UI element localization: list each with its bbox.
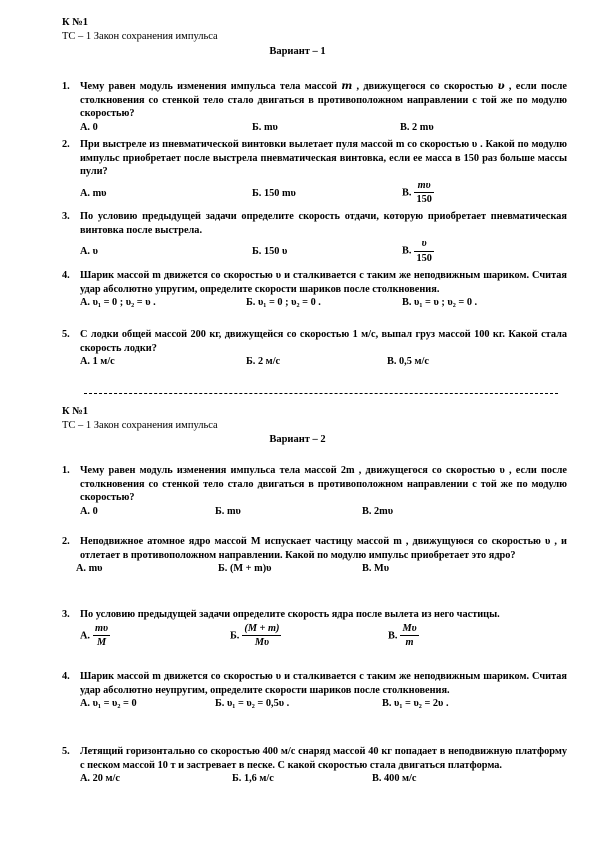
v2-question-3: 3. По условию предыдущей задачи определи… [62, 608, 567, 652]
option-a[interactable]: А. υ₁ = 0 ; υ₂ = υ . [80, 296, 156, 310]
worksheet-page: К №1 ТС – 1 Закон сохранения импульса Ва… [0, 0, 595, 842]
question-number: 4. [62, 670, 70, 684]
question-text: Летящий горизонтально со скоростью 400 м… [80, 745, 567, 772]
option-c[interactable]: В. υ₁ = υ ; υ₂ = 0 . [402, 296, 477, 310]
test-code: К №1 [62, 16, 88, 29]
question-text: Чему равен модуль изменения импульса тел… [80, 80, 567, 121]
question-text: Чему равен модуль изменения импульса тел… [80, 464, 567, 505]
question-number: 3. [62, 210, 70, 224]
v2-question-4: 4. Шарик массой m движется со скоростью … [62, 670, 567, 713]
variant-2-title: Вариант – 2 [0, 434, 595, 445]
option-a[interactable]: А. υ [80, 245, 98, 259]
v1-question-2: 2. При выстреле из пневматической винтов… [62, 138, 567, 209]
option-a[interactable]: А.mυM [80, 622, 110, 650]
question-number: 5. [62, 328, 70, 342]
option-a[interactable]: А. 0 [80, 505, 98, 519]
v1-question-3: 3. По условию предыдущей задачи определи… [62, 210, 567, 267]
answer-options: А. 20 м/с Б. 1,6 м/с В. 400 м/с [80, 772, 567, 788]
question-number: 3. [62, 608, 70, 622]
question-text: Шарик массой m движется со скоростью υ и… [80, 269, 567, 296]
question-text: По условию предыдущей задачи определите … [80, 608, 567, 622]
question-text: При выстреле из пневматической винтовки … [80, 138, 567, 179]
test-code: К №1 [62, 405, 88, 418]
answer-options: А. mυ Б. (M + m)υ В. Mυ [80, 562, 567, 578]
v1-question-4: 4. Шарик массой m движется со скоростью … [62, 269, 567, 312]
v2-question-5: 5. Летящий горизонтально со скоростью 40… [62, 745, 567, 788]
option-b[interactable]: Б. (M + m)υ [218, 562, 271, 576]
question-number: 1. [62, 464, 70, 478]
option-b[interactable]: Б. υ₁ = 0 ; υ₂ = 0 . [246, 296, 321, 310]
answer-options: А. 1 м/с Б. 2 м/с В. 0,5 м/с [80, 355, 567, 371]
fraction: Mυm [400, 622, 418, 650]
option-c[interactable]: В. Mυ [362, 562, 389, 576]
option-b[interactable]: Б.(M + m)Mυ [230, 622, 281, 650]
answer-options: А. υ₁ = 0 ; υ₂ = υ . Б. υ₁ = 0 ; υ₂ = 0 … [80, 296, 567, 312]
option-b[interactable]: Б. 150 mυ [252, 187, 296, 201]
option-b[interactable]: Б. mυ [252, 121, 278, 135]
option-c[interactable]: В. υ₁ = υ₂ = 2υ . [382, 697, 449, 711]
question-text: Шарик массой m движется со скоростью υ и… [80, 670, 567, 697]
cut-line-divider [84, 393, 558, 394]
option-a[interactable]: А. 20 м/с [80, 772, 120, 786]
answer-options: А. 0 Б. mυ В. 2mυ [80, 505, 567, 521]
option-b[interactable]: Б. 150 υ [252, 245, 287, 259]
question-number: 2. [62, 535, 70, 549]
answer-options: А. mυ Б. 150 mυ В.mυ150 [80, 179, 567, 209]
fraction: mυM [93, 622, 110, 650]
option-a[interactable]: А. υ₁ = υ₂ = 0 [80, 697, 137, 711]
option-c[interactable]: В.Mυm [388, 622, 419, 650]
fraction: mυ150 [414, 179, 433, 207]
question-number: 5. [62, 745, 70, 759]
question-number: 4. [62, 269, 70, 283]
question-number: 2. [62, 138, 70, 152]
question-number: 1. [62, 80, 70, 94]
option-a[interactable]: А. mυ [80, 187, 107, 201]
option-c[interactable]: В.υ150 [402, 237, 434, 265]
variant-1-title: Вариант – 1 [0, 46, 595, 57]
fraction: (M + m)Mυ [242, 622, 281, 650]
v1-question-1: 1. Чему равен модуль изменения импульса … [62, 80, 567, 137]
option-a[interactable]: А. 0 [80, 121, 98, 135]
answer-options: А. υ Б. 150 υ В.υ150 [80, 237, 567, 267]
option-c[interactable]: В.mυ150 [402, 179, 434, 207]
option-b[interactable]: Б. 2 м/с [246, 355, 280, 369]
question-text: Неподвижное атомное ядро массой M испуск… [80, 535, 567, 562]
option-c[interactable]: В. 0,5 м/с [387, 355, 429, 369]
fraction: υ150 [414, 237, 433, 265]
answer-options: А. υ₁ = υ₂ = 0 Б. υ₁ = υ₂ = 0,5υ . В. υ₁… [80, 697, 567, 713]
option-b[interactable]: Б. υ₁ = υ₂ = 0,5υ . [215, 697, 289, 711]
v2-question-1: 1. Чему равен модуль изменения импульса … [62, 464, 567, 521]
option-c[interactable]: В. 2 mυ [400, 121, 434, 135]
test-topic: ТС – 1 Закон сохранения импульса [62, 419, 218, 432]
answer-options: А.mυM Б.(M + m)Mυ В.Mυm [80, 622, 567, 652]
option-a[interactable]: А. mυ [76, 562, 103, 576]
option-c[interactable]: В. 400 м/с [372, 772, 416, 786]
answer-options: А. 0 Б. mυ В. 2 mυ [80, 121, 567, 137]
option-c[interactable]: В. 2mυ [362, 505, 393, 519]
v1-question-5: 5. С лодки общей массой 200 кг, движущей… [62, 328, 567, 371]
question-text: С лодки общей массой 200 кг, движущейся … [80, 328, 567, 355]
v2-question-2: 2. Неподвижное атомное ядро массой M исп… [62, 535, 567, 578]
question-text: По условию предыдущей задачи определите … [80, 210, 567, 237]
option-b[interactable]: Б. 1,6 м/с [232, 772, 274, 786]
option-a[interactable]: А. 1 м/с [80, 355, 115, 369]
option-b[interactable]: Б. mυ [215, 505, 241, 519]
test-topic: ТС – 1 Закон сохранения импульса [62, 30, 218, 43]
